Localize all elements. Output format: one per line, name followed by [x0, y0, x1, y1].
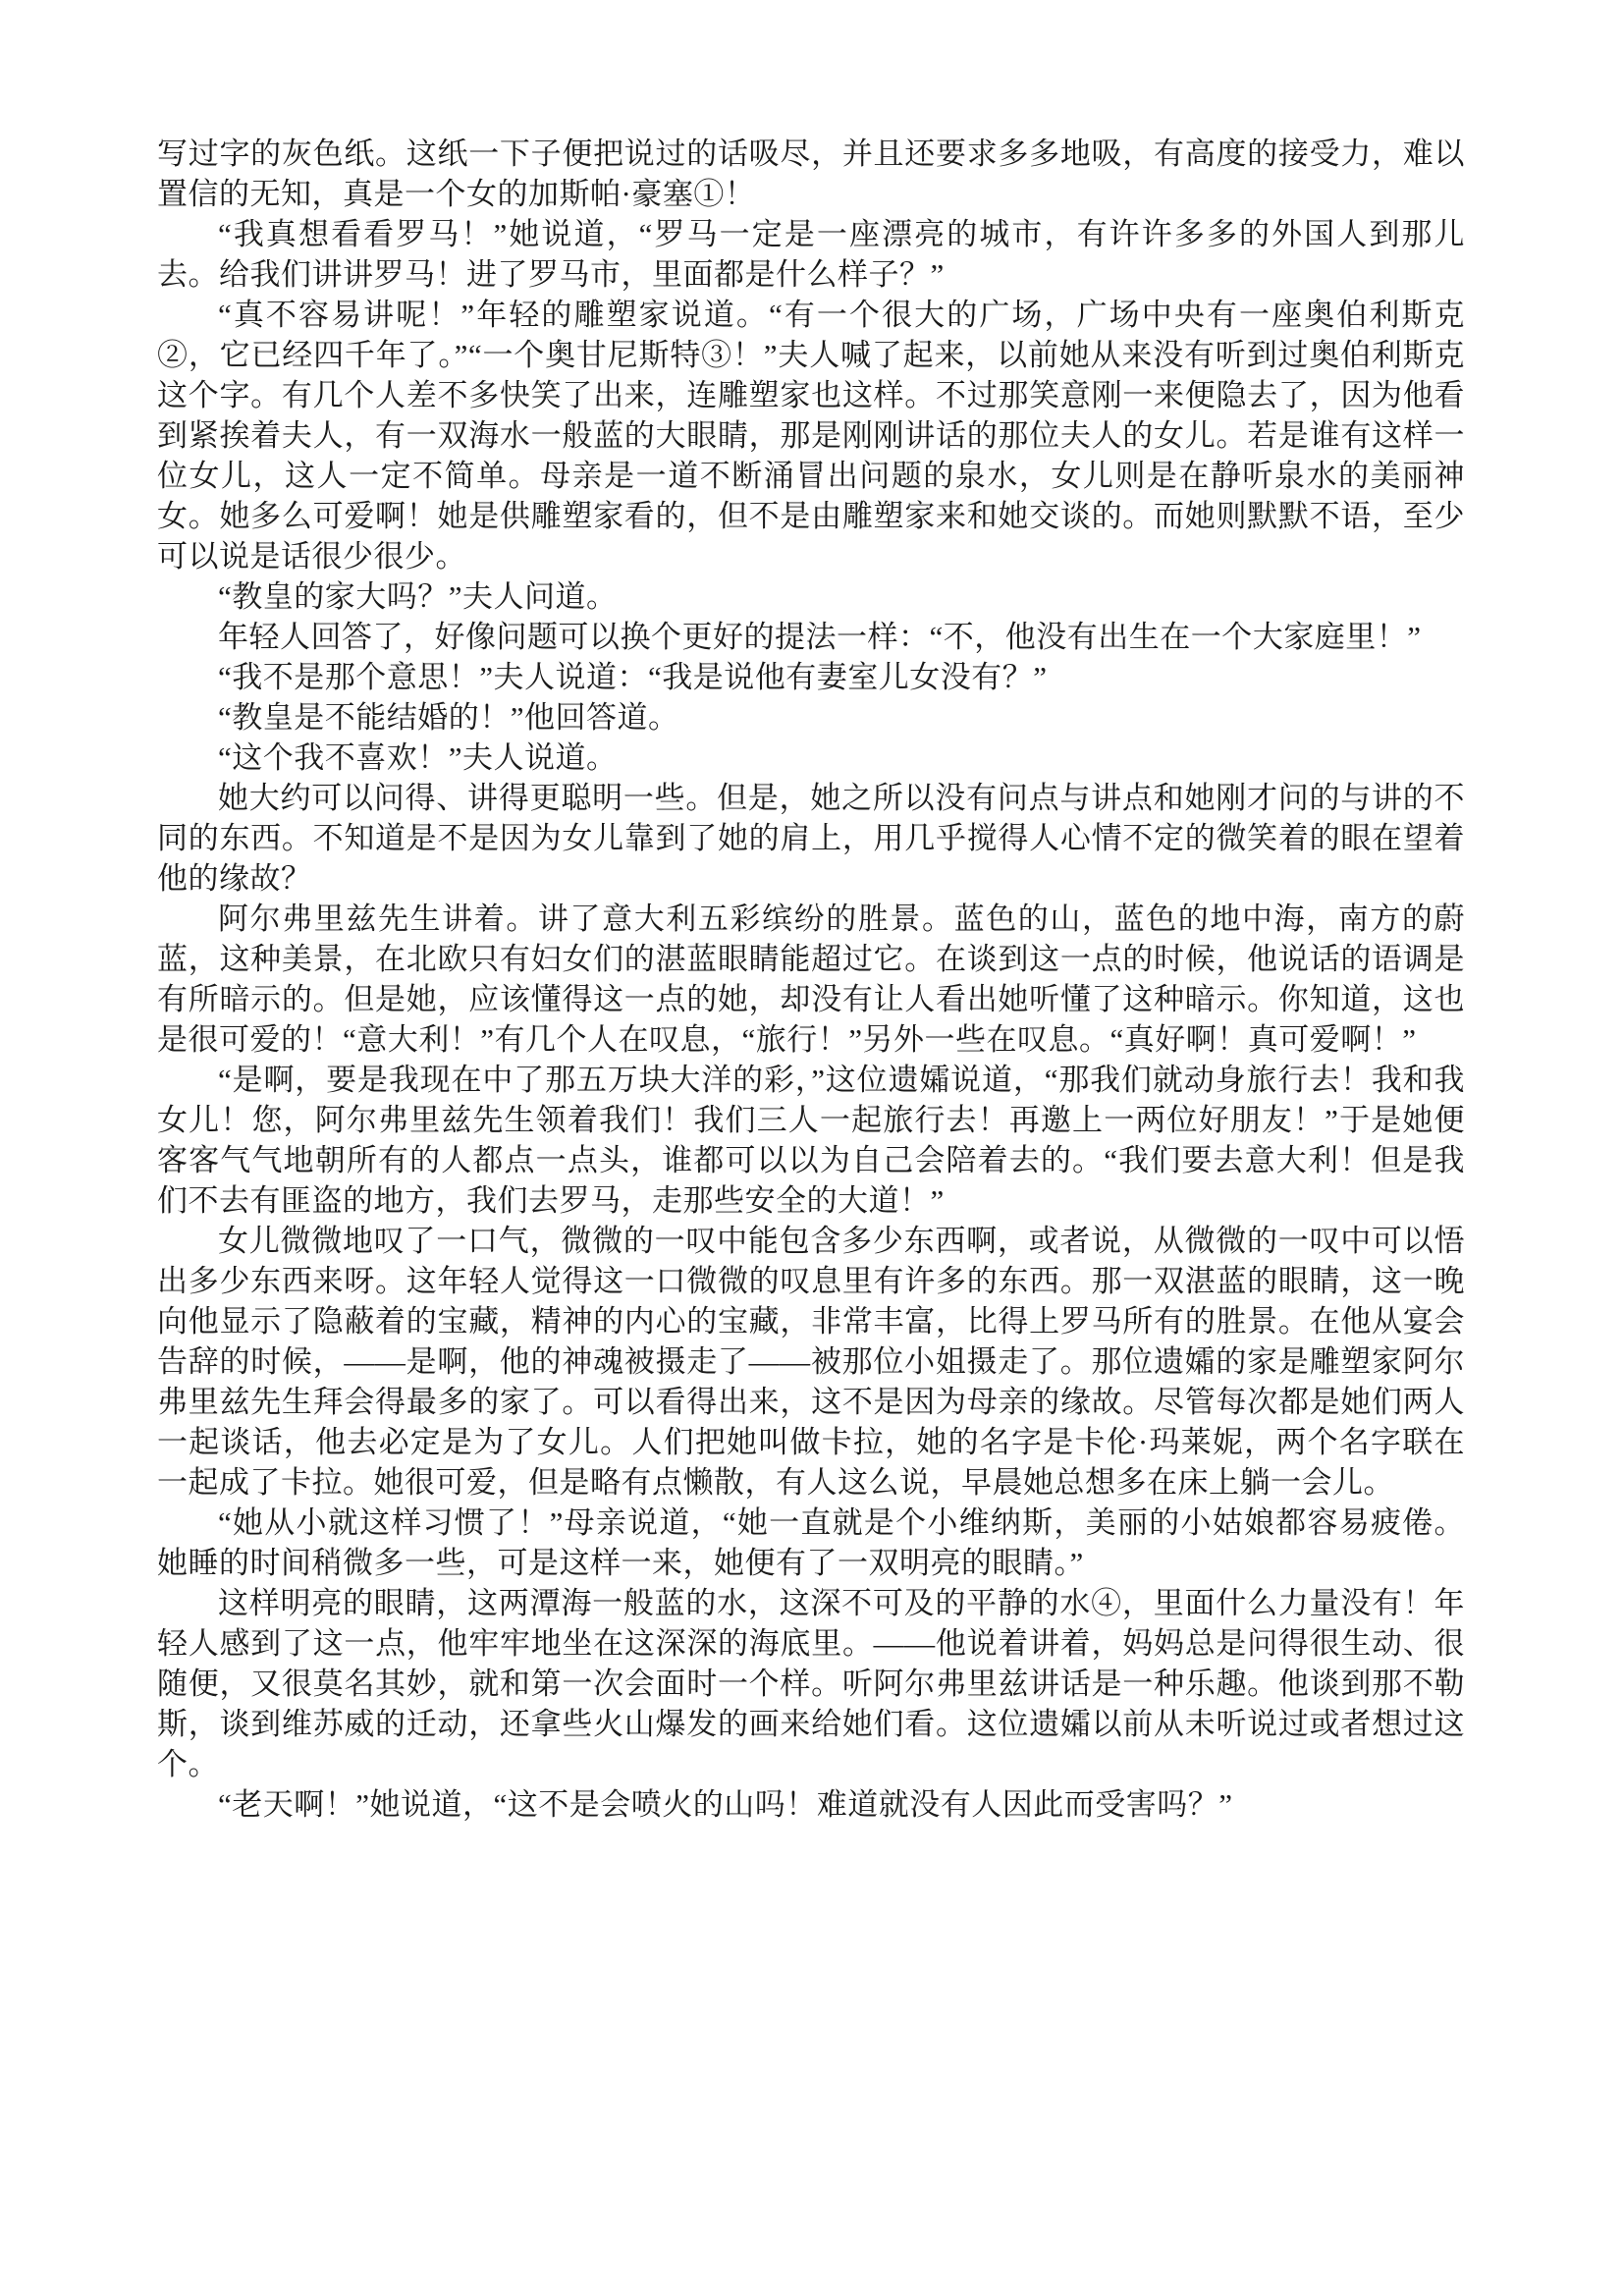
paragraph: “教皇是不能结婚的！”他回答道。: [157, 697, 1465, 738]
paragraph: “老天啊！”她说道，“这不是会喷火的山吗！难道就没有人因此而受害吗？”: [157, 1784, 1465, 1825]
paragraph: “是啊，要是我现在中了那五万块大洋的彩，”这位遗孀说道，“那我们就动身旅行去！我…: [157, 1060, 1465, 1221]
body-text: 写过字的灰色纸。这纸一下子便把说过的话吸尽，并且还要求多多地吸，有高度的接受力，…: [157, 134, 1465, 1825]
paragraph: 阿尔弗里兹先生讲着。讲了意大利五彩缤纷的胜景。蓝色的山，蓝色的地中海，南方的蔚蓝…: [157, 899, 1465, 1060]
paragraph: “教皇的家大吗？”夫人问道。: [157, 576, 1465, 617]
paragraph: “她从小就这样习惯了！”母亲说道，“她一直就是个小维纳斯，美丽的小姑娘都容易疲倦…: [157, 1503, 1465, 1583]
paragraph: “这个我不喜欢！”夫人说道。: [157, 738, 1465, 778]
document-page: 写过字的灰色纸。这纸一下子便把说过的话吸尽，并且还要求多多地吸，有高度的接受力，…: [0, 0, 1623, 2296]
paragraph: 这样明亮的眼睛，这两潭海一般蓝的水，这深不可及的平静的水④，里面什么力量没有！年…: [157, 1583, 1465, 1784]
paragraph: 她大约可以问得、讲得更聪明一些。但是，她之所以没有问点与讲点和她刚才问的与讲的不…: [157, 778, 1465, 899]
paragraph: “我真想看看罗马！”她说道，“罗马一定是一座漂亮的城市，有许许多多的外国人到那儿…: [157, 214, 1465, 295]
paragraph: “真不容易讲呢！”年轻的雕塑家说道。“有一个很大的广场，广场中央有一座奥伯利斯克…: [157, 295, 1465, 576]
paragraph: 年轻人回答了，好像问题可以换个更好的提法一样：“不，他没有出生在一个大家庭里！”: [157, 617, 1465, 657]
paragraph: 写过字的灰色纸。这纸一下子便把说过的话吸尽，并且还要求多多地吸，有高度的接受力，…: [157, 134, 1465, 214]
paragraph: “我不是那个意思！”夫人说道：“我是说他有妻室儿女没有？”: [157, 657, 1465, 697]
paragraph: 女儿微微地叹了一口气，微微的一叹中能包含多少东西啊，或者说，从微微的一叹中可以悟…: [157, 1221, 1465, 1503]
